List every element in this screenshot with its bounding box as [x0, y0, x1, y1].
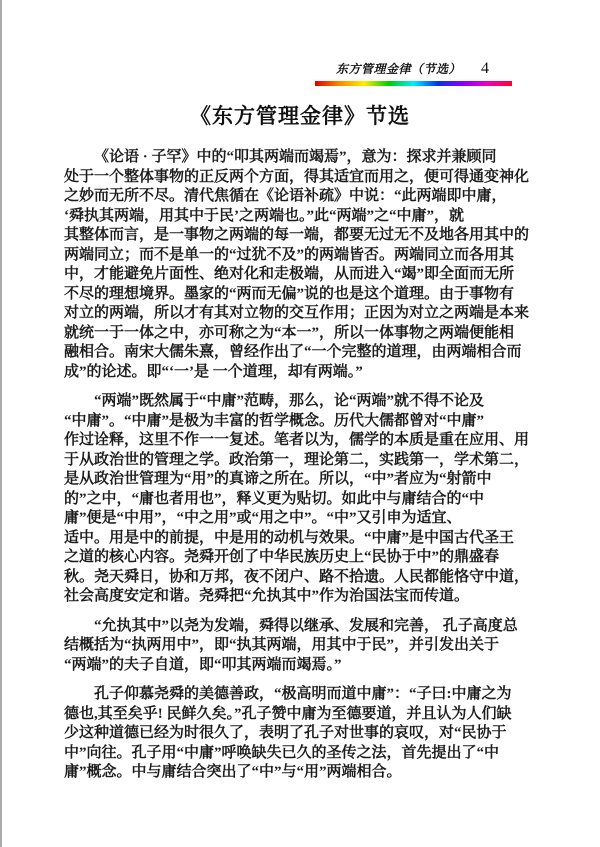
text-line: 少这种道德已经为时很久了，表明了孔子对世事的哀叹，对“民协于 — [64, 724, 538, 744]
text-line: 对立的两端，所以才有其对立物的交互作用；正因为对立之两端是本来 — [64, 304, 538, 324]
text-line: 庸”概念。中与庸结合突出了“中”与“用”两端相合。 — [64, 763, 538, 783]
paragraph: “允执其中”以尧为发端，舜得以继承、发展和完善， 孔子高度总结概括为“执两用中”… — [64, 617, 538, 676]
document-page: 东方管理金律（节选） 4 《东方管理金律》节选 《论语 · 子罕》中的“叩其两端… — [0, 0, 600, 847]
page-number: 4 — [481, 60, 489, 78]
paragraph: 孔子仰慕尧舜的美德善政，“极高明而道中庸”：“子曰:中庸之为德也,其至矣乎! 民… — [64, 685, 538, 783]
text-line: “两端”既然属于“中庸”范畴，那么，论“两端”就不得不论及 — [64, 392, 538, 412]
text-line: 不尽的理想境界。墨家的“两而无偏”说的也是这个道理。由于事物有 — [64, 285, 538, 305]
page-left-edge — [0, 0, 2, 847]
text-line: 成”的论述。即“‘一’是 一个道理，却有两端。” — [64, 363, 538, 383]
text-line: 秋。尧天舜日，协和万邦，夜不闭户、路不拾遗。人民都能恪守中道， — [64, 568, 538, 588]
running-header-row: 东方管理金律（节选） 4 — [315, 60, 512, 78]
page-header: 东方管理金律（节选） 4 — [315, 60, 512, 86]
paragraph: 《论语 · 子罕》中的“叩其两端而竭焉”，意为：探求并兼顾同处于一个整体事物的正… — [64, 148, 538, 382]
text-line: 处于一个整体事物的正反两个方面，得其适宜而用之，便可得通变神化 — [64, 168, 538, 188]
text-line: 之道的核心内容。尧舜开创了中华民族历史上“民协于中”的鼎盛春 — [64, 548, 538, 568]
rainbow-divider — [315, 81, 512, 86]
text-line: 两端同立；而不是单一的“过犹不及”的两端皆否。两端同立而各用其 — [64, 246, 538, 266]
paragraph: “两端”既然属于“中庸”范畴，那么，论“两端”就不得不论及“中庸”。“中庸”是极… — [64, 392, 538, 607]
text-line: 适中。用是中的前提，中是用的动机与效果。“中庸”是中国古代圣王 — [64, 529, 538, 549]
text-line: ‘舜执其两端，用其中于民’之两端也。”此“两端”之“中庸”，就 — [64, 207, 538, 227]
text-line: 的”之中，“庸也者用也”，释义更为贴切。如此中与庸结合的“中 — [64, 490, 538, 510]
text-line: 其整体而言，是一事物之两端的每一端，都要无过无不及地各用其中的 — [64, 226, 538, 246]
document-title: 《东方管理金律》节选 — [40, 100, 560, 130]
text-line: 就统一于一体之中，亦可称之为“本一”，所以一体事物之两端便能相 — [64, 324, 538, 344]
text-line: 作过诠释，这里不作一一复述。笔者以为，儒学的本质是重在应用、用 — [64, 431, 538, 451]
text-line: 庸”便是“中用”，“中之用”或“用之中”。“中”又引申为适宜、 — [64, 509, 538, 529]
running-title: 东方管理金律（节选） — [336, 60, 461, 77]
text-line: 于从政治世的管理之学。政治第一，理论第二，实践第一，学术第二， — [64, 451, 538, 471]
text-line: 之妙而无所不尽。清代焦循在《论语补疏》中说：“此两端即中庸， — [64, 187, 538, 207]
text-line: 中”向往。孔子用“中庸”呼唤缺失已久的圣传之法，首先提出了“中 — [64, 744, 538, 764]
text-line: “两端”的夫子自道，即“叩其两端而竭焉。” — [64, 656, 538, 676]
text-line: 社会高度安定和谐。尧舜把“允执其中”作为治国法宝而传道。 — [64, 587, 538, 607]
text-line: 中，才能避免片面性、绝对化和走极端，从而进入“竭”即全面而无所 — [64, 265, 538, 285]
text-line: 德也,其至矣乎! 民鲜久矣。”孔子赞中庸为至德要道，并且认为人们缺 — [64, 705, 538, 725]
text-line: 是从政治世管理为“用”的真谛之所在。所以，“中”者应为“射箭中 — [64, 470, 538, 490]
text-line: “允执其中”以尧为发端，舜得以继承、发展和完善， 孔子高度总 — [64, 617, 538, 637]
text-line: 《论语 · 子罕》中的“叩其两端而竭焉”，意为：探求并兼顾同 — [64, 148, 538, 168]
text-line: 结概括为“执两用中”，即“执其两端，用其中于民”，并引发出关于 — [64, 636, 538, 656]
document-body: 《论语 · 子罕》中的“叩其两端而竭焉”，意为：探求并兼顾同处于一个整体事物的正… — [64, 148, 538, 793]
text-line: “中庸”。“中庸”是极为丰富的哲学概念。历代大儒都曾对“中庸” — [64, 412, 538, 432]
text-line: 孔子仰慕尧舜的美德善政，“极高明而道中庸”：“子曰:中庸之为 — [64, 685, 538, 705]
text-line: 融相合。南宋大儒朱熹，曾经作出了“一个完整的道理，由两端相合而 — [64, 343, 538, 363]
